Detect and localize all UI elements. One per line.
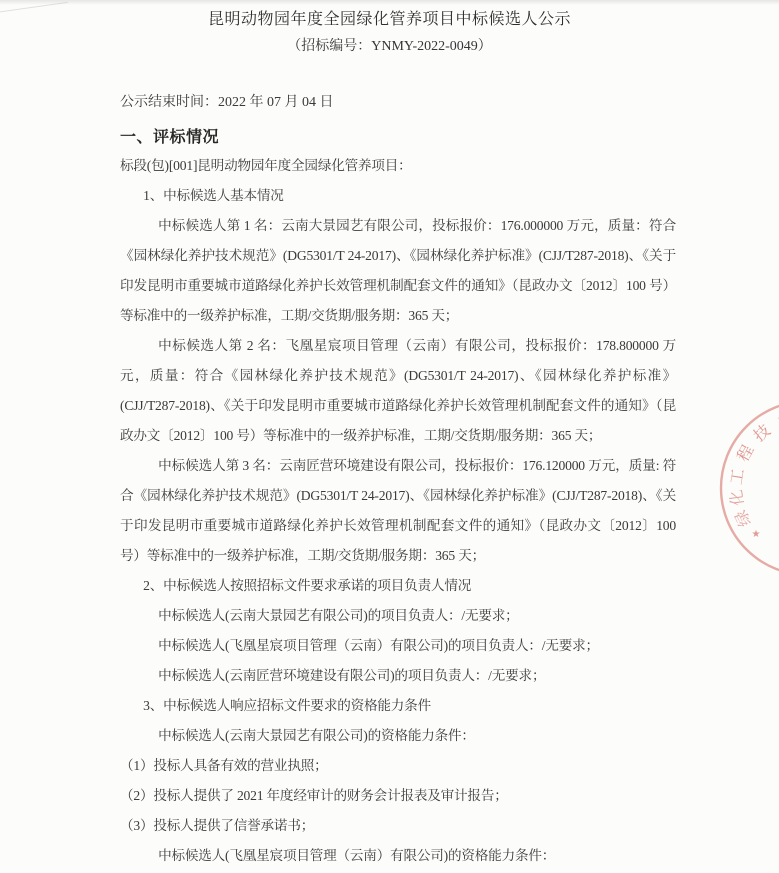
svg-text:绿: 绿 bbox=[732, 507, 755, 529]
seal-arc-text: 绿化工程技术★ bbox=[727, 409, 779, 540]
paragraph: 标段(包)[001]昆明动物园年度全园绿化管养项目： bbox=[120, 151, 676, 181]
document-body: 标段(包)[001]昆明动物园年度全园绿化管养项目： 1、中标候选人基本情况 中… bbox=[120, 151, 676, 871]
official-seal-stamp-icon: 绿化工程技术★ bbox=[698, 386, 779, 596]
paragraph: 中标候选人(云南大景园艺有限公司)的资格能力条件： bbox=[120, 721, 676, 751]
notice-page: 昆明动物园年度全园绿化管养项目中标候选人公示 （招标编号：YNMY-2022-0… bbox=[0, 0, 779, 873]
svg-text:技: 技 bbox=[750, 421, 774, 445]
paragraph: （1）投标人具备有效的营业执照； bbox=[120, 751, 676, 781]
svg-text:化: 化 bbox=[727, 489, 747, 507]
paragraph: 中标候选人(云南大景园艺有限公司)的项目负责人：/无要求； bbox=[120, 601, 676, 631]
paragraph: （2）投标人提供了 2021 年度经审计的财务会计报表及审计报告； bbox=[120, 781, 676, 811]
seal-ring bbox=[721, 401, 779, 575]
tender-number-subtitle: （招标编号：YNMY-2022-0049） bbox=[0, 36, 779, 57]
document-title: 昆明动物园年度全园绿化管养项目中标候选人公示 bbox=[0, 0, 779, 30]
svg-text:★: ★ bbox=[751, 529, 760, 540]
paragraph: 2、中标候选人按照招标文件要求承诺的项目负责人情况 bbox=[120, 571, 676, 601]
publicity-end-time: 公示结束时间：2022 年 07 月 04 日 bbox=[120, 92, 779, 113]
paragraph: 3、中标候选人响应招标文件要求的资格能力条件 bbox=[120, 691, 676, 721]
paragraph: （3）投标人提供了信誉承诺书； bbox=[120, 811, 676, 841]
svg-text:工: 工 bbox=[728, 468, 747, 486]
svg-text:术: 术 bbox=[776, 409, 779, 431]
svg-text:程: 程 bbox=[734, 442, 758, 465]
paragraph: 中标候选人(飞凰星宸项目管理（云南）有限公司)的项目负责人：/无要求； bbox=[120, 631, 676, 661]
paragraph: 中标候选人第 2 名：飞凰星宸项目管理（云南）有限公司，投标报价：178.800… bbox=[120, 331, 676, 451]
paragraph: 1、中标候选人基本情况 bbox=[120, 181, 676, 211]
section-heading-evaluation: 一、评标情况 bbox=[120, 125, 779, 151]
paragraph: 中标候选人第 1 名：云南大景园艺有限公司，投标报价：176.000000 万元… bbox=[120, 211, 676, 331]
paragraph: 中标候选人第 3 名：云南匠营环境建设有限公司，投标报价：176.120000 … bbox=[120, 451, 676, 571]
paragraph: 中标候选人(云南匠营环境建设有限公司)的项目负责人：/无要求； bbox=[120, 661, 676, 691]
paragraph: 中标候选人(飞凰星宸项目管理（云南）有限公司)的资格能力条件： bbox=[120, 841, 676, 871]
